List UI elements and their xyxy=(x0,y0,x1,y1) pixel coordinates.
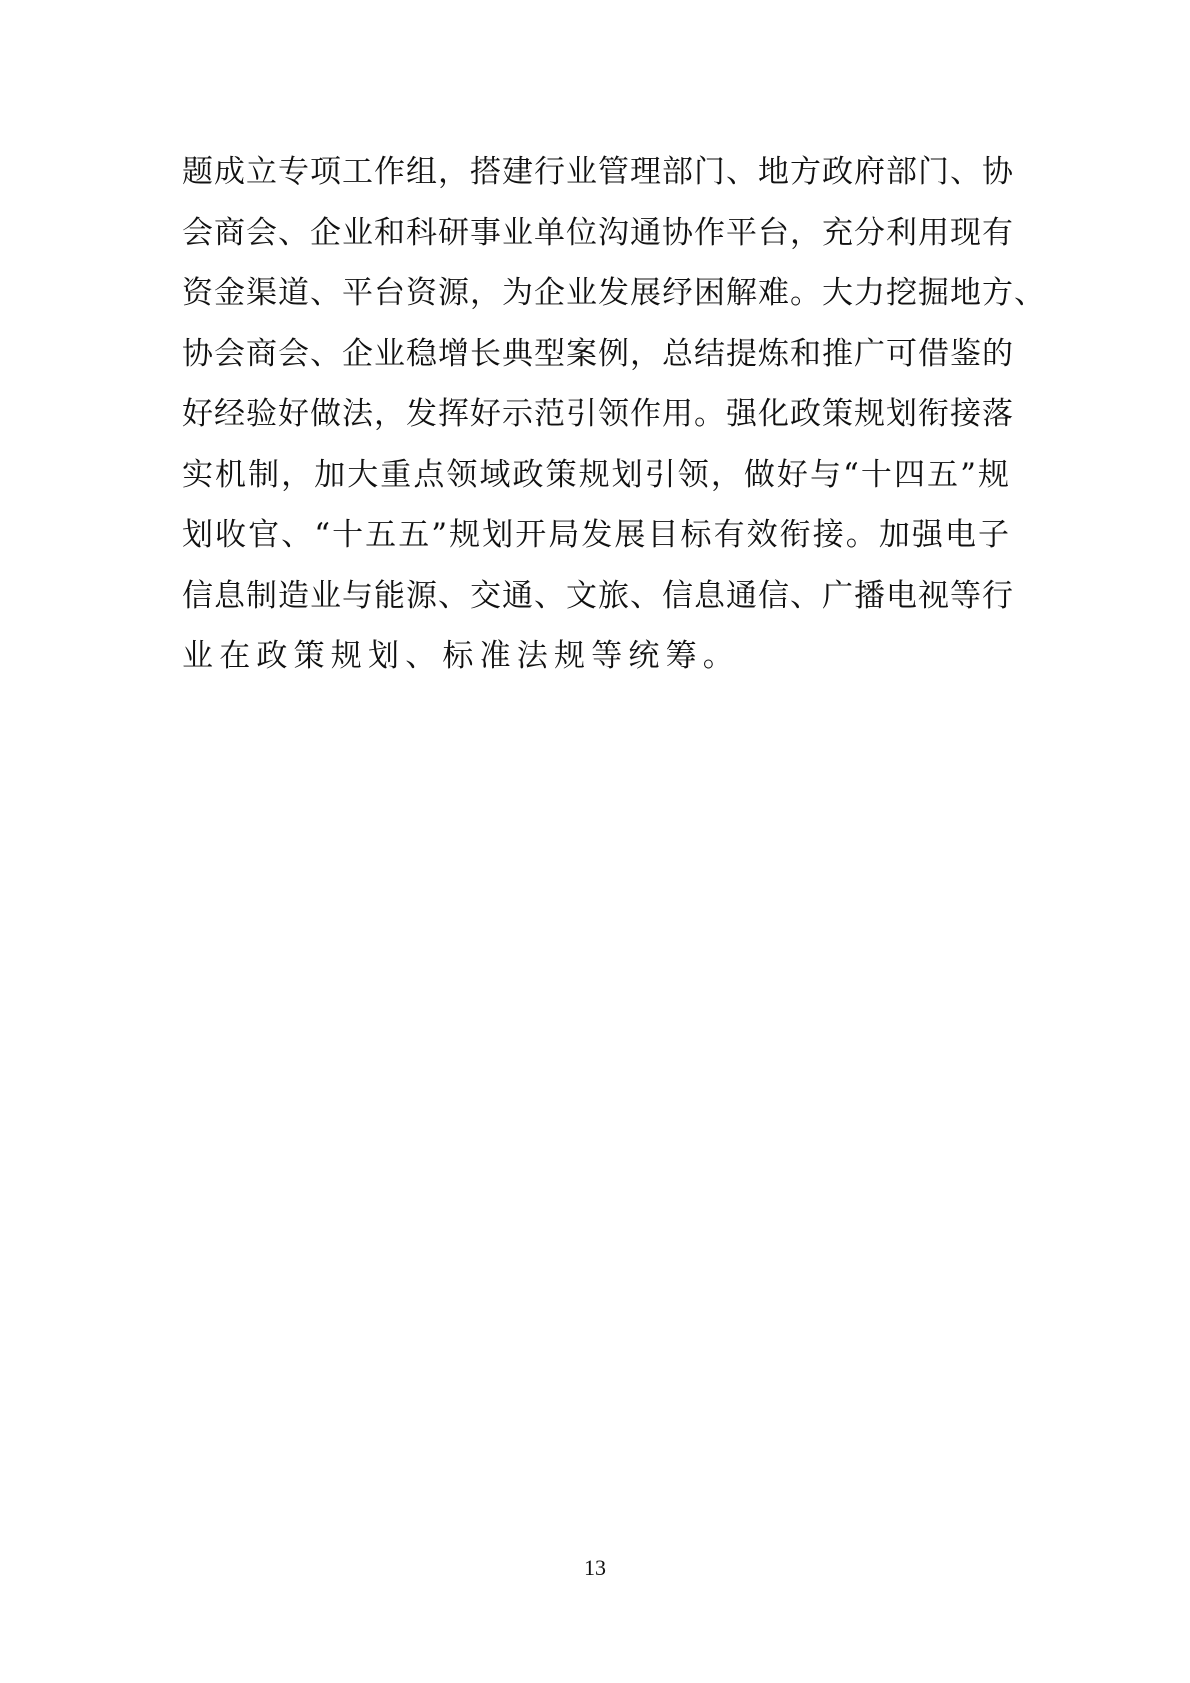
paragraph-line: 协会商会、企业稳增长典型案例，总结提炼和推广可借鉴的 xyxy=(182,324,1010,385)
paragraph-line: 好经验好做法，发挥好示范引领作用。强化政策规划衔接落 xyxy=(182,384,1010,445)
paragraph-line: 信息制造业与能源、交通、文旅、信息通信、广播电视等行 xyxy=(182,566,1010,627)
paragraph-line: 题成立专项工作组，搭建行业管理部门、地方政府部门、协 xyxy=(182,142,1010,203)
paragraph-line: 资金渠道、平台资源，为企业发展纾困解难。大力挖掘地方、 xyxy=(182,263,1010,324)
page-number: 13 xyxy=(0,1555,1190,1581)
paragraph-line-last: 业在政策规划、标准法规等统筹。 xyxy=(182,626,1010,687)
paragraph-line: 划收官、“十五五”规划开局发展目标有效衔接。加强电子 xyxy=(182,505,1010,566)
document-page: 题成立专项工作组，搭建行业管理部门、地方政府部门、协 会商会、企业和科研事业单位… xyxy=(0,0,1190,1683)
body-paragraph: 题成立专项工作组，搭建行业管理部门、地方政府部门、协 会商会、企业和科研事业单位… xyxy=(182,142,1010,687)
paragraph-line: 实机制，加大重点领域政策规划引领，做好与“十四五”规 xyxy=(182,445,1010,506)
paragraph-line: 会商会、企业和科研事业单位沟通协作平台，充分利用现有 xyxy=(182,203,1010,264)
